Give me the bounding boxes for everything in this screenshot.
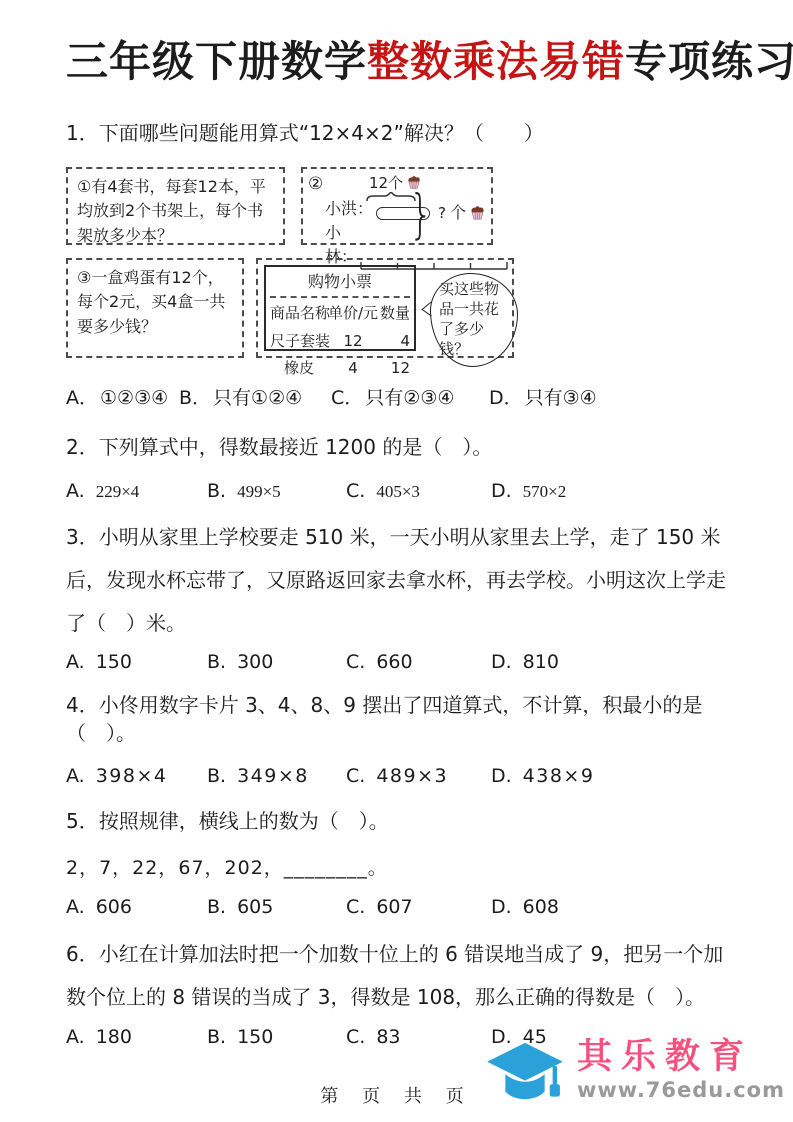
- speech-bubble: 买这些物品一共花了多少钱？: [430, 273, 518, 367]
- q6-option-b: B.150: [207, 1026, 346, 1048]
- q2-option-a: A.229×4: [66, 480, 207, 502]
- q1-option-b: B．只有①②④: [179, 383, 331, 410]
- title-part-1: 三年级下册数学: [66, 37, 367, 86]
- question-6-text: 6．小红在计算加法时把一个加数十位上的 6 错误地当成了 9，把另一个加数个位上…: [66, 933, 729, 1019]
- q2-option-c: C.405×3: [346, 480, 491, 502]
- problem-box-4: 购物小票 商品名称 单价/元 数量 尺子套装 12 4 橡皮 4 12: [256, 258, 514, 358]
- q3-option-d: D.810: [491, 651, 559, 673]
- q1-option-c: C．只有②③④: [331, 383, 489, 410]
- q1-box-row-1: ①有4套书，每套12本，平均放到2个书架上，每个书架放多少本？ ② 12个: [66, 167, 729, 245]
- q4-option-c: C.489×3: [346, 765, 491, 787]
- q5-option-b: B.605: [207, 896, 346, 918]
- receipt-cell: 12: [378, 357, 410, 380]
- q4-option-a: A.398×4: [66, 765, 207, 787]
- title-part-3: 专项练习: [625, 37, 793, 86]
- q1-box-row-2: ③一盒鸡蛋有12个，每个2元，买4盒一共要多少钱？ 购物小票 商品名称 单价/元…: [66, 258, 729, 358]
- q5-sequence: 2，7，22，67，202，________。: [66, 853, 729, 880]
- box2-name-1: 小洪：: [325, 197, 373, 222]
- cupcake-icon: [469, 205, 486, 222]
- problem-box-3: ③一盒鸡蛋有12个，每个2元，买4盒一共要多少钱？: [66, 258, 244, 358]
- receipt-cell: 4: [328, 357, 378, 380]
- receipt-header-qty: 数量: [378, 302, 410, 325]
- q2-option-b: B.499×5: [207, 480, 346, 502]
- problem-box-1: ①有4套书，每套12本，平均放到2个书架上，每个书架放多少本？: [66, 167, 285, 245]
- receipt-header-name: 商品名称: [270, 302, 328, 325]
- receipt-cell: 尺子套装: [270, 330, 328, 353]
- worksheet-page: 三年级下册数学整数乘法易错专项练习 1．下面哪些问题能用算式“12×4×2”解决…: [0, 0, 793, 1122]
- title-part-red: 整数乘法易错: [367, 37, 625, 86]
- q3-option-c: C.660: [346, 651, 491, 673]
- q3-option-b: B.300: [207, 651, 346, 673]
- box2-unit: 个: [450, 201, 466, 226]
- q2-options-row: A.229×4 B.499×5 C.405×3 D.570×2: [66, 480, 729, 502]
- q4-option-d: D.438×9: [491, 765, 594, 787]
- q1-options-row: A．①②③④ B．只有①②④ C．只有②③④ D．只有③④: [66, 383, 729, 410]
- question-4-text: 4．小佟用数字卡片 3、4、8、9 摆出了四道算式，不计算，积最小的是（ ）。: [66, 691, 729, 747]
- q4-option-b: B.349×8: [207, 765, 346, 787]
- brand-name: 其乐教育: [577, 1037, 753, 1077]
- q6-option-c: C.83: [346, 1026, 491, 1048]
- q5-option-a: A.606: [66, 896, 207, 918]
- q5-option-c: C.607: [346, 896, 491, 918]
- brand-url: www.76edu.com: [577, 1078, 785, 1102]
- q3-options-row: A.150 B.300 C.660 D.810: [66, 651, 729, 673]
- receipt-cell: 橡皮: [270, 357, 328, 380]
- receipt-title: 购物小票: [270, 269, 410, 299]
- question-5-text: 5．按照规律，横线上的数为（ ）。: [66, 807, 729, 835]
- box2-number: ②: [308, 171, 323, 197]
- q2-option-d: D.570×2: [491, 480, 566, 502]
- q5-options-row: A.606 B.605 C.607 D.608: [66, 896, 729, 918]
- q4-options-row: A.398×4 B.349×8 C.489×3 D.438×9: [66, 765, 729, 787]
- q1-option-a: A．①②③④: [66, 383, 179, 410]
- page-title: 三年级下册数学整数乘法易错专项练习: [66, 36, 729, 89]
- q1-option-d: D．只有③④: [489, 383, 597, 410]
- receipt-table: 购物小票 商品名称 单价/元 数量 尺子套装 12 4 橡皮 4 12: [264, 265, 416, 351]
- q5-option-d: D.608: [491, 896, 559, 918]
- q6-option-a: A.180: [66, 1026, 207, 1048]
- receipt-header-price: 单价/元: [328, 302, 378, 325]
- brand-logo: 其乐教育 www.76edu.com: [485, 1037, 785, 1114]
- q3-option-a: A.150: [66, 651, 207, 673]
- problem-box-2: ② 12个 小: [301, 167, 493, 245]
- receipt-cell: 12: [328, 330, 378, 353]
- graduation-cap-icon: [485, 1040, 565, 1114]
- question-2-text: 2．下列算式中，得数最接近 1200 的是（ ）。: [66, 433, 729, 461]
- question-3-text: 3．小明从家里上学校要走 510 米，一天小明从家里去上学，走了 150 米后，…: [66, 516, 729, 645]
- receipt-cell: 4: [378, 330, 410, 353]
- right-brace-icon: }: [409, 187, 433, 240]
- box2-question-mark: ?: [438, 202, 446, 225]
- question-1-text: 1．下面哪些问题能用算式“12×4×2”解决？（ ）: [66, 119, 729, 147]
